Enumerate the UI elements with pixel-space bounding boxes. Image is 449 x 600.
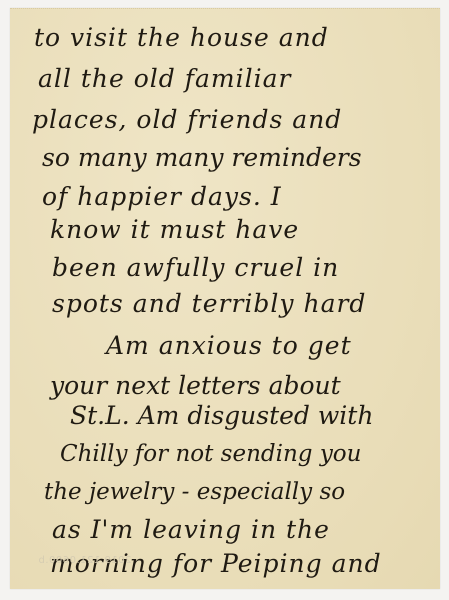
- handwritten-line: been awfully cruel in: [52, 253, 339, 282]
- handwritten-line: spots and terribly hard: [52, 289, 366, 318]
- handwritten-line: to visit the house and: [34, 23, 329, 52]
- handwritten-line: the jewelry - especially so: [44, 479, 345, 505]
- handwritten-line: as I'm leaving in the: [52, 515, 330, 544]
- letter-page: to visit the house and all the old famil…: [10, 8, 440, 589]
- handwritten-line: all the old familiar: [38, 64, 291, 93]
- handwritten-line: St.L. Am disgusted with: [70, 401, 373, 430]
- handwritten-line: Am anxious to get: [106, 331, 352, 360]
- handwritten-line: know it must have: [50, 215, 299, 244]
- handwritten-line: Chilly for not sending you: [60, 441, 361, 467]
- handwritten-line: of happier days. I: [42, 182, 282, 211]
- handwritten-line: places, old friends and: [32, 105, 342, 134]
- handwritten-line: your next letters about: [50, 371, 341, 400]
- accession-number-stamp: 2019.121.0600.b: [38, 555, 131, 566]
- handwritten-line: so many many reminders: [42, 143, 362, 172]
